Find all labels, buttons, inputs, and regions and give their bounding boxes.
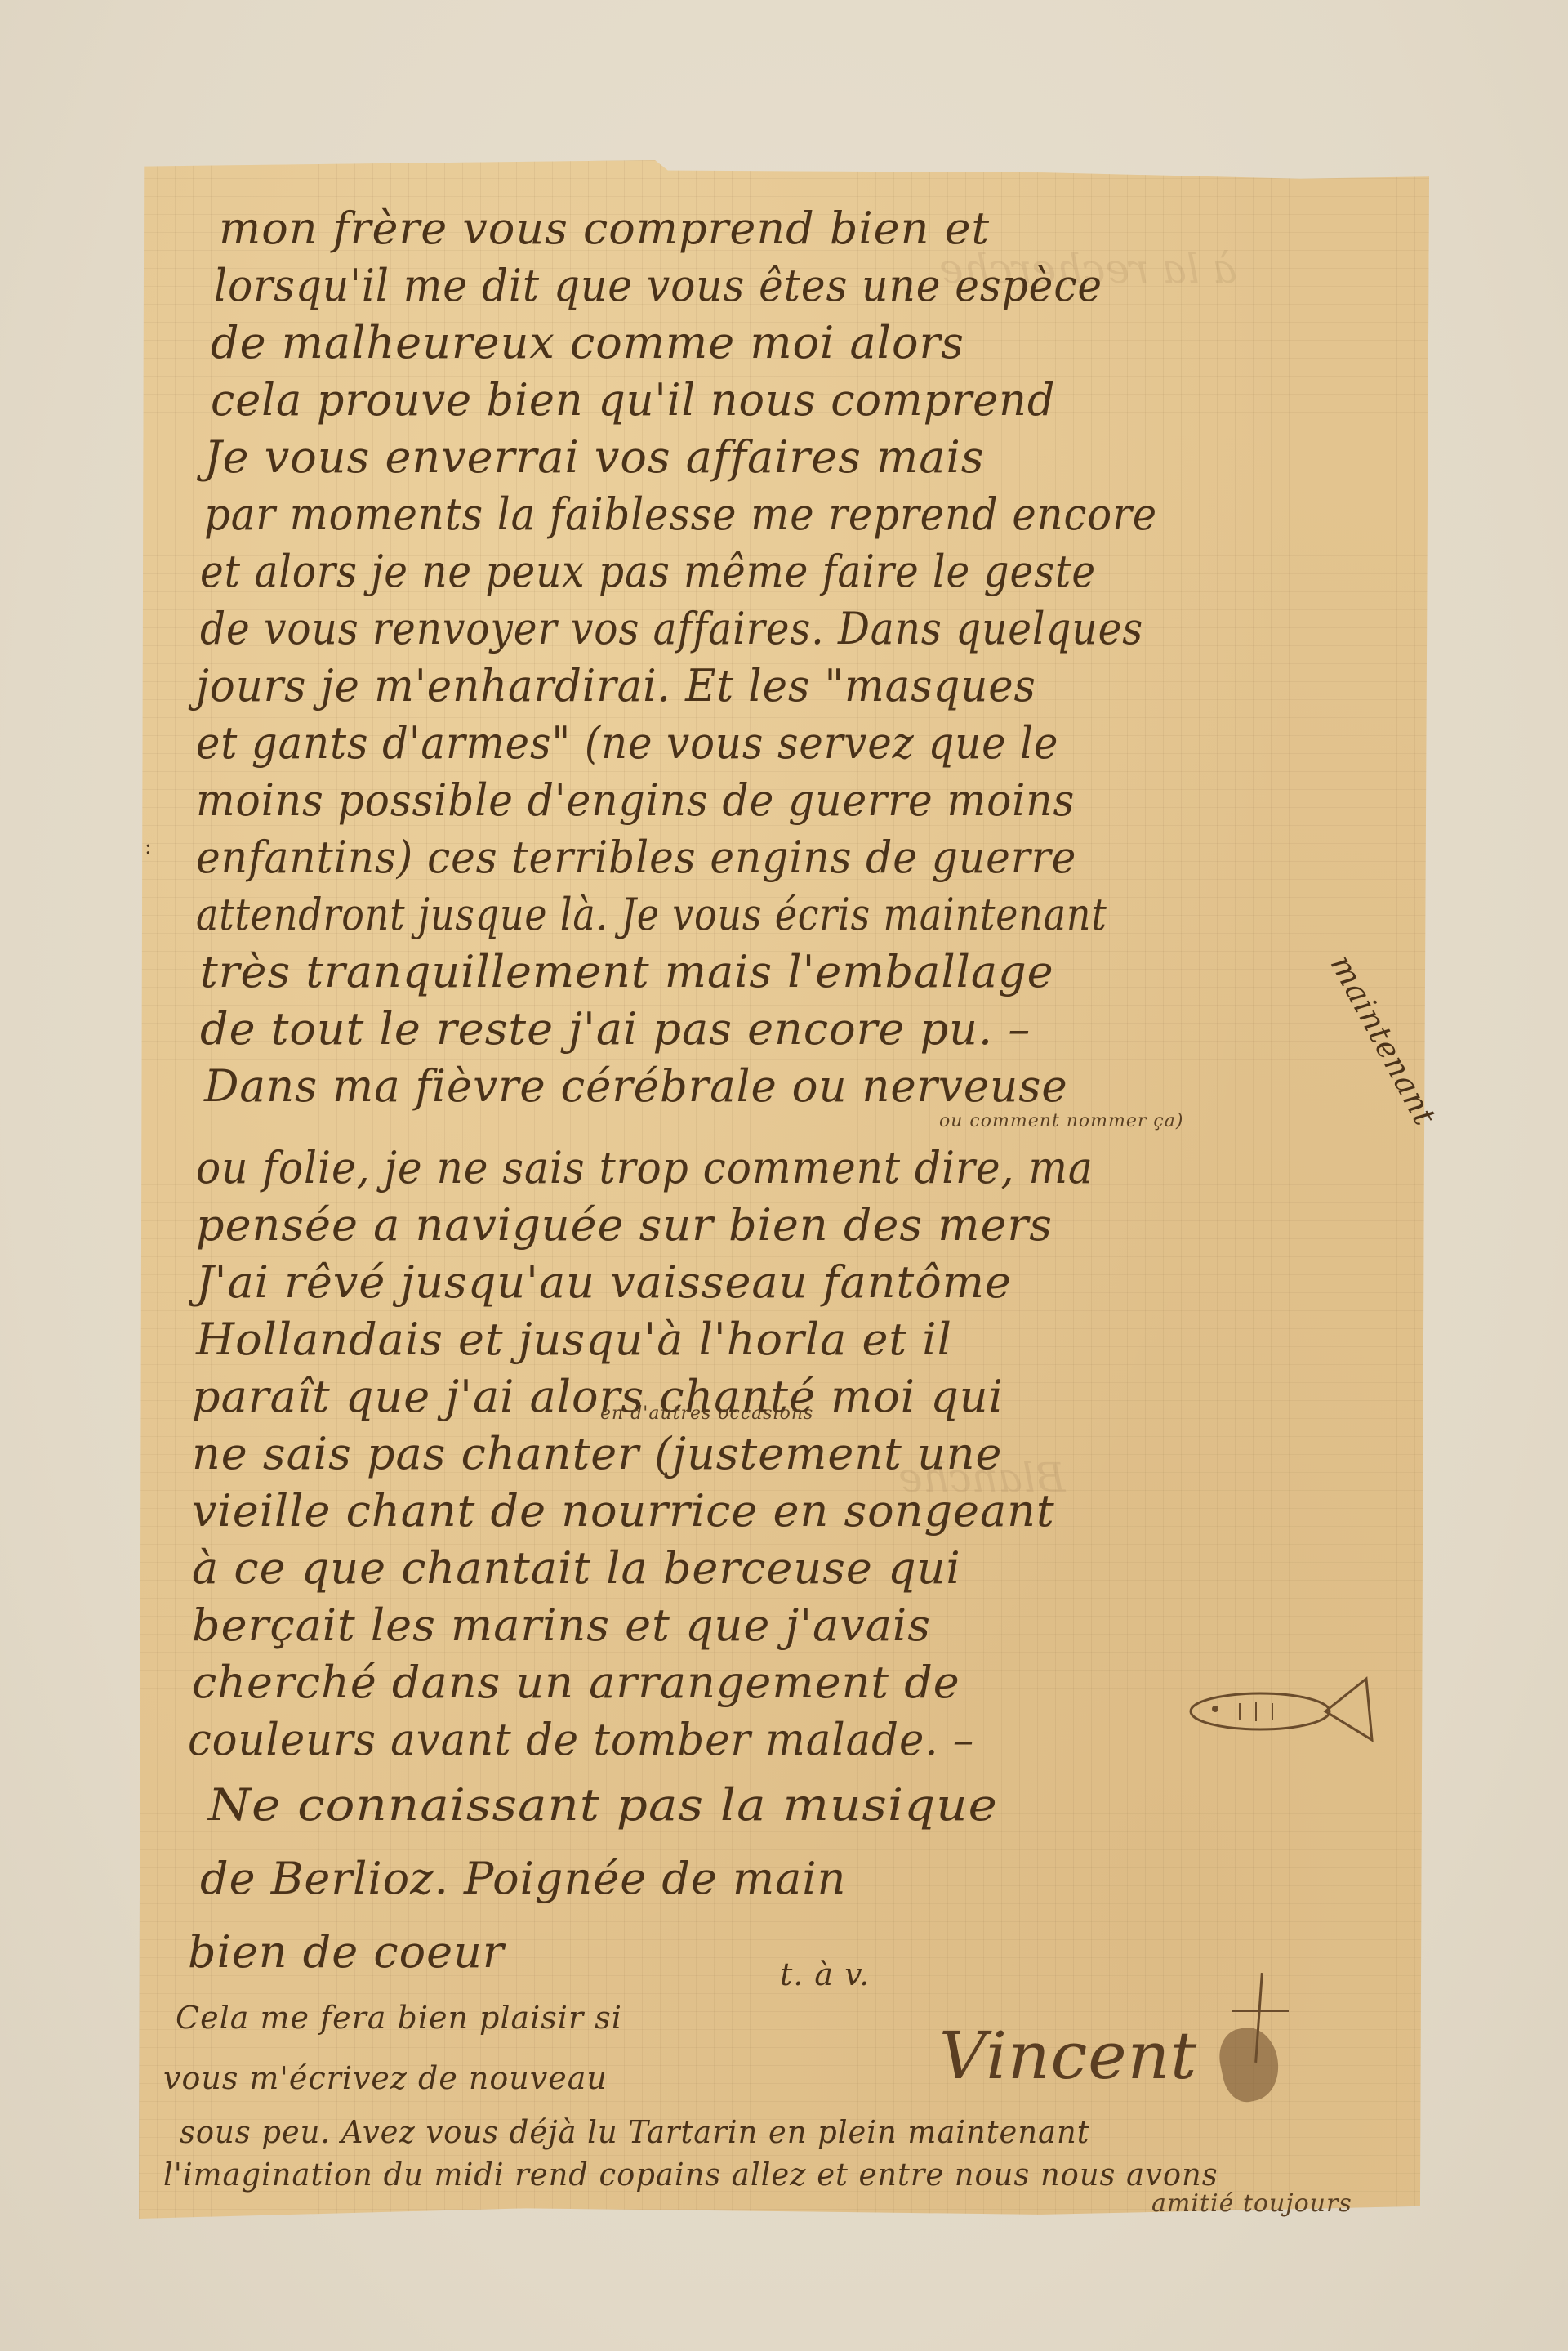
letter-line: pensée a naviguée sur bien des mers <box>196 1199 1053 1251</box>
letter-line: Hollandais et jusqu'à l'horla et il <box>196 1314 952 1365</box>
postscript-line: Cela me fera bien plaisir si <box>176 2000 622 2036</box>
margin-mark: : <box>145 835 152 859</box>
letter-line: attendront jusque là. Je vous écris main… <box>196 889 1107 940</box>
letter-line: vieille chant de nourrice en songeant <box>192 1485 1055 1537</box>
letter-line: Dans ma fièvre cérébrale ou nerveuse <box>204 1060 1068 1112</box>
letter-line: cherché dans un arrangement de <box>192 1657 960 1708</box>
postscript-line: sous peu. Avez vous déjà lu Tartarin en … <box>180 2114 1089 2150</box>
letter-line: mon frère vous comprend bien et <box>219 203 990 254</box>
letter-line: moins possible d'engins de guerre moins <box>196 774 1075 826</box>
postscript-line: amitié toujours <box>1151 2189 1352 2218</box>
letter-line: paraît que j'ai alors chanté moi qui <box>192 1371 1004 1422</box>
letter-line: de malheureux comme moi alors <box>211 317 964 368</box>
signature: Vincent <box>939 2018 1197 2094</box>
letter-line: Je vous enverrai vos affaires mais <box>204 431 984 483</box>
letter-line: très tranquillement mais l'emballage <box>200 946 1054 997</box>
letter-line: cela prouve bien qu'il nous comprend <box>211 374 1055 426</box>
letter-line: par moments la faiblesse me reprend enco… <box>204 488 1157 540</box>
letter-line: et gants d'armes" (ne vous servez que le <box>196 717 1058 769</box>
letter-line: berçait les marins et que j'avais <box>192 1599 931 1651</box>
letter-line: de tout le reste j'ai pas encore pu. – <box>200 1003 1031 1055</box>
initials: t. à v. <box>780 1956 870 1992</box>
letter-line: jours je m'enhardirai. Et les "masques <box>196 660 1036 712</box>
letter-line: à ce que chantait la berceuse qui <box>192 1542 961 1594</box>
letter-line: et alors je ne peux pas même faire le ge… <box>200 546 1096 597</box>
letter-line: J'ai rêvé jusqu'au vaisseau fantôme <box>196 1256 1012 1308</box>
fish-sketch-icon <box>1183 1675 1379 1748</box>
cross-mark <box>1232 2010 1289 2012</box>
letter-line: couleurs avant de tomber malade. – <box>188 1714 974 1765</box>
letter-line: ou folie, je ne sais trop comment dire, … <box>196 1142 1094 1193</box>
letter-line: Ne connaissant pas la musique <box>208 1779 998 1831</box>
letter-line: ne sais pas chanter (justement une <box>192 1428 1003 1479</box>
postscript-line: vous m'écrivez de nouveau <box>163 2060 608 2096</box>
postscript-line: l'imagination du midi rend copains allez… <box>163 2157 1218 2193</box>
letter-line: lorsqu'il me dit que vous êtes une espèc… <box>214 260 1102 311</box>
letter-line: de vous renvoyer vos affaires. Dans quel… <box>200 603 1143 654</box>
letter-line: bien de coeur <box>188 1926 505 1978</box>
letter-line: enfantins) ces terribles engins de guerr… <box>196 832 1076 883</box>
interlinear-note: ou comment nommer ça) <box>939 1111 1183 1131</box>
interlinear-note: en d'autres occasions <box>600 1403 813 1424</box>
letter-line: de Berlioz. Poignée de main <box>200 1853 846 1904</box>
